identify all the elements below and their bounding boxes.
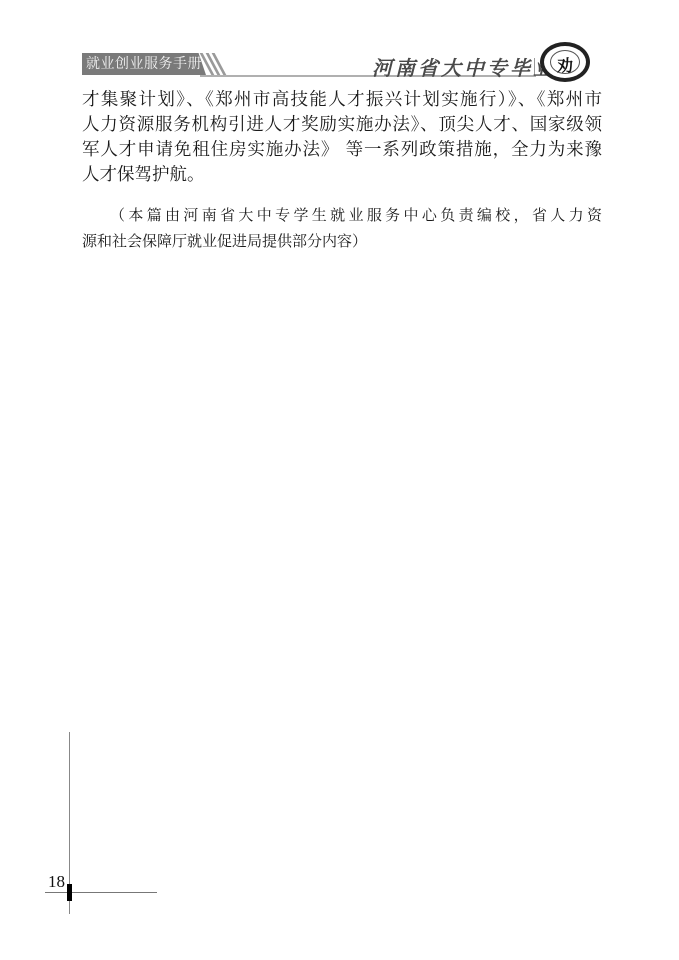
note-line: 源和社会保障厅就业促进局提供部分内容） (82, 228, 602, 254)
body-line: 才集聚计划》、《郑州市高技能人才振兴计划实施行）》、《郑州市 (82, 88, 602, 113)
header-section-tab: 就业创业服务手册 (82, 53, 206, 75)
footer-horizontal-rule (45, 892, 157, 893)
body-line: 人力资源服务机构引进人才奖励实施办法》、顶尖人才、国家级领 (82, 113, 602, 138)
body-line: 人才保驾护航。 (82, 163, 602, 188)
header-section-title: 就业创业服务手册 (86, 56, 202, 72)
editor-note: （本篇由河南省大中专学生就业服务中心负责编校，省人力资 源和社会保障厅就业促进局… (82, 202, 602, 254)
emblem-logo-icon: 劝 (540, 42, 590, 82)
page-marker (67, 884, 72, 901)
body-paragraph: 才集聚计划》、《郑州市高技能人才振兴计划实施行）》、《郑州市 人力资源服务机构引… (82, 88, 602, 188)
emblem-glyph: 劝 (544, 53, 586, 76)
page-number: 18 (48, 872, 65, 892)
note-line: （本篇由河南省大中专学生就业服务中心负责编校，省人力资 (82, 202, 602, 228)
body-line: 军人才申请免租住房实施办法》 等一系列政策措施，全力为来豫 (82, 138, 602, 163)
